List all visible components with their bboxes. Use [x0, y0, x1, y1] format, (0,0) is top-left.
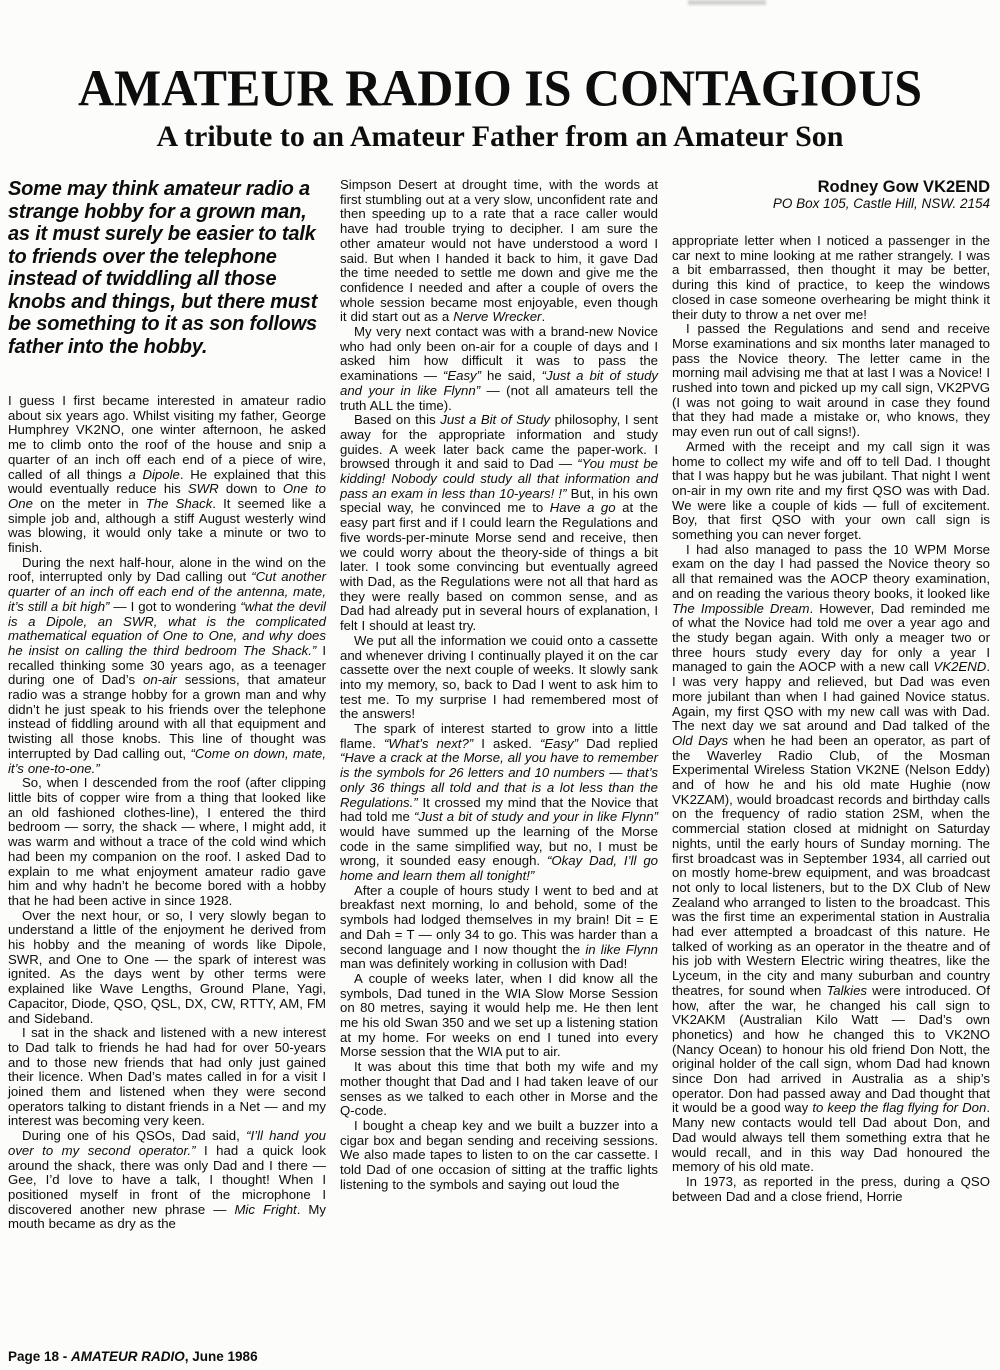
- paragraph: In 1973, as reported in the press, durin…: [672, 1175, 990, 1204]
- intro-paragraph: Some may think amateur radio a strange h…: [8, 178, 326, 358]
- footer-magazine-name: AMATEUR RADIO: [71, 1349, 185, 1364]
- paragraph: I sat in the shack and listened with a n…: [8, 1026, 326, 1129]
- paragraph: The spark of interest started to grow in…: [340, 722, 658, 884]
- paragraph: Armed with the receipt and my call sign …: [672, 440, 990, 543]
- article-header: AMATEUR RADIO IS CONTAGIOUS A tribute to…: [0, 0, 1000, 154]
- article-title: AMATEUR RADIO IS CONTAGIOUS: [0, 61, 1000, 115]
- column-middle-body: Simpson Desert at drought time, with the…: [340, 178, 658, 1193]
- paragraph: A couple of weeks later, when I did know…: [340, 972, 658, 1060]
- paragraph: So, when I descended from the roof (afte…: [8, 776, 326, 908]
- paragraph: After a couple of hours study I went to …: [340, 884, 658, 972]
- column-left: Some may think amateur radio a strange h…: [8, 178, 326, 1232]
- paragraph: Simpson Desert at drought time, with the…: [340, 178, 658, 325]
- byline: Rodney Gow VK2END PO Box 105, Castle Hil…: [672, 178, 990, 212]
- paragraph: My very next contact was with a brand-ne…: [340, 325, 658, 413]
- paragraph: I passed the Regulations and send and re…: [672, 322, 990, 440]
- article-columns: Some may think amateur radio a strange h…: [0, 178, 1000, 1232]
- article-subtitle: A tribute to an Amateur Father from an A…: [0, 120, 1000, 154]
- author-name: Rodney Gow VK2END: [672, 178, 990, 196]
- paragraph: It was about this time that both my wife…: [340, 1060, 658, 1119]
- paragraph: I guess I first became interested in ama…: [8, 394, 326, 556]
- column-middle: Simpson Desert at drought time, with the…: [340, 178, 658, 1232]
- paragraph: I bought a cheap key and we built a buzz…: [340, 1119, 658, 1193]
- magazine-page: AMATEUR RADIO IS CONTAGIOUS A tribute to…: [0, 0, 1000, 1370]
- paragraph: During one of his QSOs, Dad said, “I’ll …: [8, 1129, 326, 1232]
- footer-date: , June 1986: [185, 1349, 258, 1364]
- footer-page-label: Page 18 -: [8, 1349, 71, 1364]
- paragraph: Based on this Just a Bit of Study philos…: [340, 413, 658, 634]
- paragraph: During the next half-hour, alone in the …: [8, 556, 326, 777]
- column-right: Rodney Gow VK2END PO Box 105, Castle Hil…: [672, 178, 990, 1232]
- scan-artifact: [688, 0, 766, 5]
- author-address: PO Box 105, Castle Hill, NSW. 2154: [672, 196, 990, 212]
- page-footer: Page 18 - AMATEUR RADIO, June 1986: [8, 1349, 258, 1364]
- column-right-body: appropriate letter when I noticed a pass…: [672, 234, 990, 1204]
- paragraph: I had also managed to pass the 10 WPM Mo…: [672, 543, 990, 1175]
- column-left-body: I guess I first became interested in ama…: [8, 394, 326, 1232]
- paragraph: We put all the information we couid onto…: [340, 634, 658, 722]
- paragraph: appropriate letter when I noticed a pass…: [672, 234, 990, 322]
- paragraph: Over the next hour, or so, I very slowly…: [8, 909, 326, 1027]
